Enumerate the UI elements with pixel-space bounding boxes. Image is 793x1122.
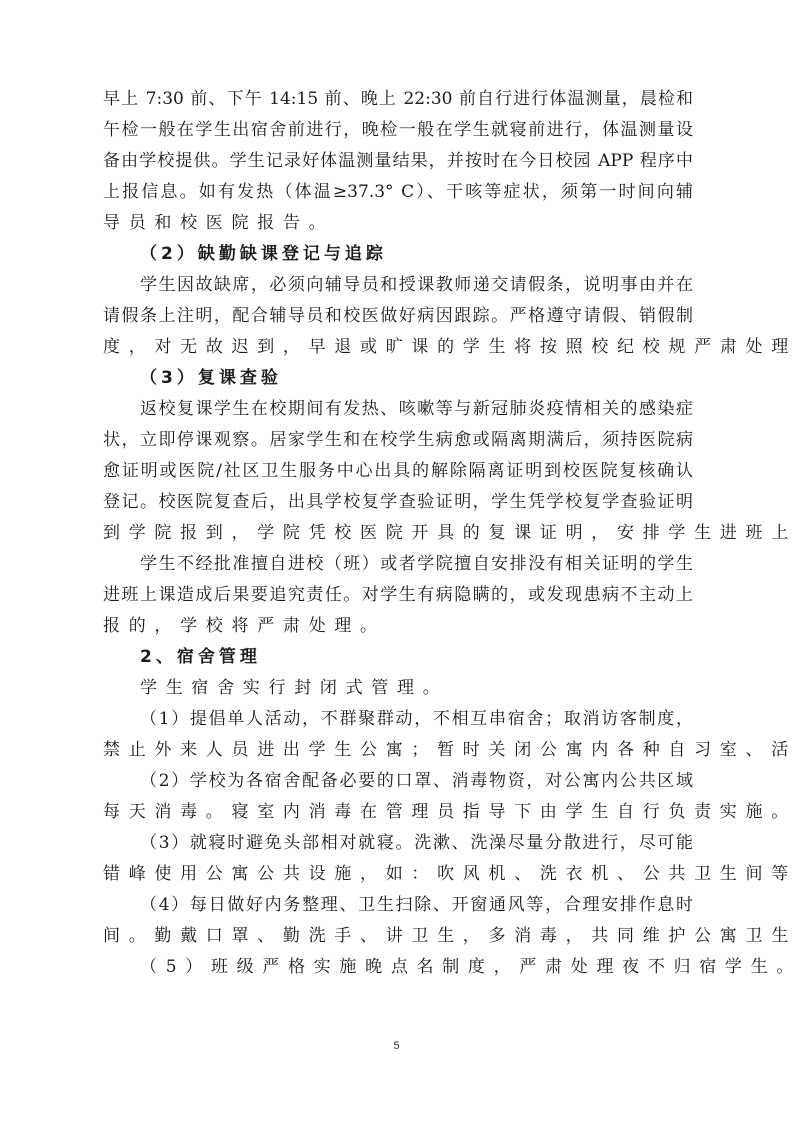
paragraph-line: 度，对无故迟到，早退或旷课的学生将按照校纪校规严肃处理。: [103, 332, 693, 363]
paragraph-line: 禁止外来人员进出学生公寓；暂时关闭公寓内各种自习室、活动室。: [103, 735, 693, 766]
paragraph-line: 愈证明或医院/社区卫生服务中心出具的解除隔离证明到校医院复核确认: [103, 456, 693, 487]
paragraph-line: 登记。校医院复查后，出具学校复学查验证明，学生凭学校复学查验证明: [103, 487, 693, 518]
paragraph-line: 上报信息。如有发热（体温≥37.3° C）、干咳等症状，须第一时间向辅: [103, 177, 693, 208]
document-body: 早上 7:30 前、下午 14:15 前、晚上 22:30 前自行进行体温测量，…: [103, 84, 693, 983]
section-heading: 2、宿舍管理: [103, 642, 693, 673]
paragraph-line: 每天消毒。寝室内消毒在管理员指导下由学生自行负责实施。: [103, 797, 693, 828]
paragraph-line: （1）提倡单人活动，不群聚群动，不相互串宿舍；取消访客制度，: [103, 704, 693, 735]
document-page: 早上 7:30 前、下午 14:15 前、晚上 22:30 前自行进行体温测量，…: [0, 0, 793, 1122]
paragraph-line: 到学院报到，学院凭校医院开具的复课证明，安排学生进班上课。: [103, 518, 693, 549]
paragraph-line: 错峰使用公寓公共设施，如：吹风机、洗衣机、公共卫生间等。: [103, 859, 693, 890]
paragraph-line: 学生因故缺席，必须向辅导员和授课教师递交请假条，说明事由并在: [103, 270, 693, 301]
paragraph-line: 状，立即停课观察。居家学生和在校学生病愈或隔离期满后，须持医院病: [103, 425, 693, 456]
paragraph-line: 午检一般在学生出宿舍前进行，晚检一般在学生就寝前进行，体温测量设: [103, 115, 693, 146]
paragraph-line: （5）班级严格实施晚点名制度，严肃处理夜不归宿学生。: [103, 952, 693, 983]
paragraph-line: 早上 7:30 前、下午 14:15 前、晚上 22:30 前自行进行体温测量，…: [103, 84, 693, 115]
paragraph-line: 学生不经批准擅自进校（班）或者学院擅自安排没有相关证明的学生: [103, 549, 693, 580]
paragraph-line: 学生宿舍实行封闭式管理。: [103, 673, 693, 704]
paragraph-line: （3）就寝时避免头部相对就寝。洗漱、洗澡尽量分散进行，尽可能: [103, 828, 693, 859]
paragraph-line: 请假条上注明，配合辅导员和校医做好病因跟踪。严格遵守请假、销假制: [103, 301, 693, 332]
page-number: 5: [0, 1040, 793, 1052]
paragraph-line: （2）学校为各宿舍配备必要的口罩、消毒物资，对公寓内公共区域: [103, 766, 693, 797]
section-heading: （3）复课查验: [103, 363, 693, 394]
paragraph-line: 进班上课造成后果要追究责任。对学生有病隐瞒的，或发现患病不主动上: [103, 580, 693, 611]
paragraph-line: 间。勤戴口罩、勤洗手、讲卫生，多消毒，共同维护公寓卫生整洁。: [103, 921, 693, 952]
paragraph-line: （4）每日做好内务整理、卫生扫除、开窗通风等，合理安排作息时: [103, 890, 693, 921]
paragraph-line: 备由学校提供。学生记录好体温测量结果，并按时在今日校园 APP 程序中: [103, 146, 693, 177]
paragraph-line: 返校复课学生在校期间有发热、咳嗽等与新冠肺炎疫情相关的感染症: [103, 394, 693, 425]
section-heading: （2）缺勤缺课登记与追踪: [103, 239, 693, 270]
paragraph-line: 报的，学校将严肃处理。: [103, 611, 693, 642]
paragraph-line: 导员和校医院报告。: [103, 208, 693, 239]
